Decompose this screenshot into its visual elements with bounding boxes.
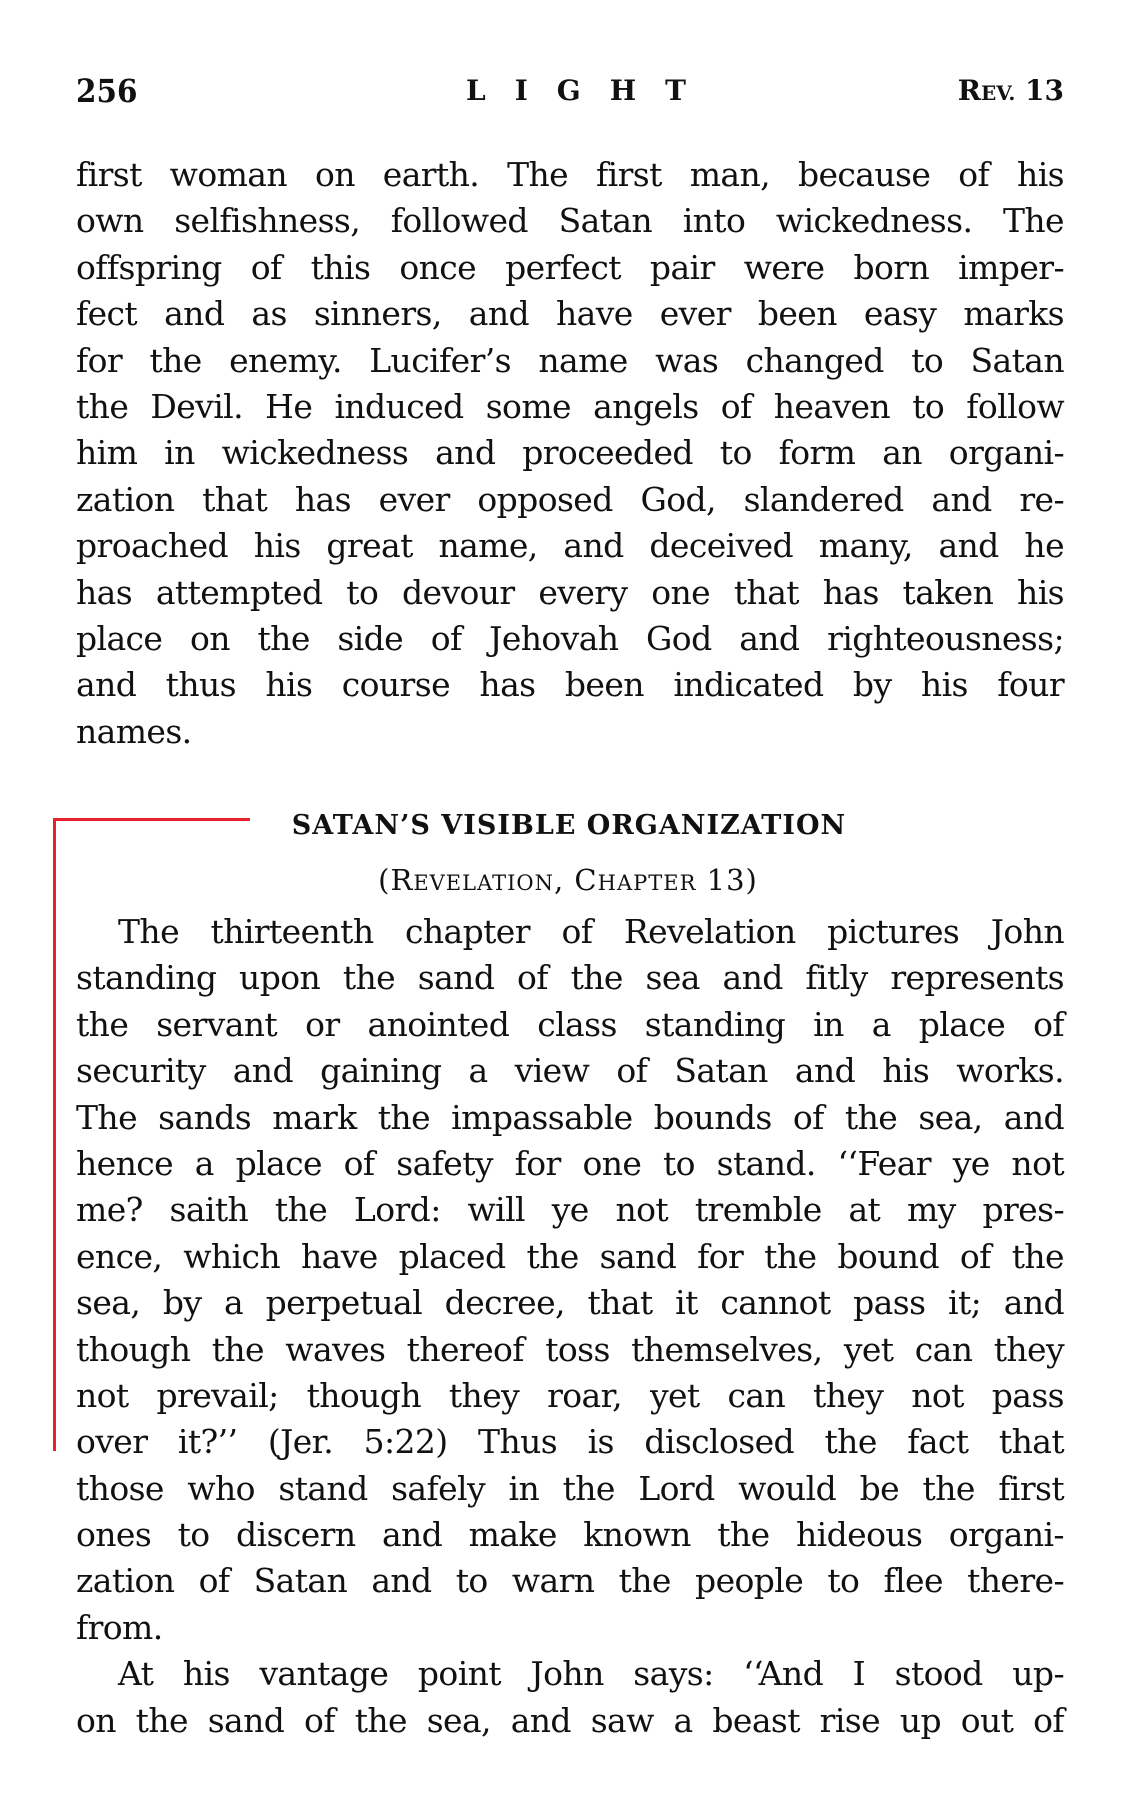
reference-smallcaps: EV.	[981, 81, 1015, 105]
text-line: on the sand of the sea, and saw a beast …	[76, 1698, 1064, 1744]
text-line: ence, which have placed the sand for the…	[76, 1234, 1064, 1280]
page-number: 256	[76, 71, 137, 111]
book-page: 256 LIGHT REV. 13 first woman on earth. …	[0, 0, 1142, 1812]
text-line: offspring of this once perfect pair were…	[76, 245, 1064, 291]
reference-prefix: R	[958, 74, 981, 107]
subheading-part: HAPTER	[598, 871, 697, 895]
book-title: LIGHT	[466, 71, 688, 111]
red-annotation-bracket-horizontal	[53, 818, 250, 821]
text-line: has attempted to devour every one that h…	[76, 570, 1064, 616]
text-line: place on the side of Jehovah God and rig…	[76, 616, 1064, 662]
text-line: first woman on earth. The first man, bec…	[76, 152, 1064, 198]
chapter-reference: REV. 13	[958, 71, 1064, 113]
text-line: me? saith the Lord: will ye not tremble …	[76, 1187, 1064, 1233]
subheading-part: EVELATION	[413, 871, 554, 895]
paragraph-1: first woman on earth. The first man, bec…	[76, 152, 1064, 755]
text-line: The sands mark the impassable bounds of …	[76, 1095, 1064, 1141]
text-line: The thirteenth chapter of Revelation pic…	[76, 909, 1064, 955]
subheading-part: 13)	[696, 863, 757, 897]
text-line: sea, by a perpetual decree, that it cann…	[76, 1280, 1064, 1326]
text-line: him in wickedness and proceeded to form …	[76, 430, 1064, 476]
reference-number: 13	[1025, 74, 1064, 107]
text-line: At his vantage point John says: ‘‘And I …	[76, 1651, 1064, 1697]
text-line: ones to discern and make known the hideo…	[76, 1512, 1064, 1558]
subheading-part: , C	[554, 863, 598, 897]
section-subheading: (REVELATION, CHAPTER 13)	[350, 860, 786, 903]
text-line: security and gaining a view of Satan and…	[76, 1048, 1064, 1094]
section-heading: SATAN’S VISIBLE ORGANIZATION	[278, 806, 860, 846]
text-line: standing upon the sand of the sea and fi…	[76, 955, 1064, 1001]
text-line: though the waves thereof toss themselves…	[76, 1327, 1064, 1373]
subheading-part: (R	[378, 863, 413, 897]
text-line: from.	[76, 1605, 1064, 1651]
text-line: hence a place of safety for one to stand…	[76, 1141, 1064, 1187]
text-line: the servant or anointed class standing i…	[76, 1002, 1064, 1048]
text-line: the Devil. He induced some angels of hea…	[76, 384, 1064, 430]
text-line: those who stand safely in the Lord would…	[76, 1466, 1064, 1512]
text-line: fect and as sinners, and have ever been …	[76, 291, 1064, 337]
text-line: proached his great name, and deceived ma…	[76, 523, 1064, 569]
text-line: over it?’’ (Jer. 5:22) Thus is disclosed…	[76, 1419, 1064, 1465]
paragraph-2: The thirteenth chapter of Revelation pic…	[76, 909, 1064, 1744]
text-line: own selfishness, followed Satan into wic…	[76, 198, 1064, 244]
text-line: zation of Satan and to warn the people t…	[76, 1558, 1064, 1604]
red-annotation-bracket-vertical	[53, 818, 56, 1451]
text-line: for the enemy. Lucifer’s name was change…	[76, 338, 1064, 384]
text-line: and thus his course has been indicated b…	[76, 662, 1064, 708]
text-line: not prevail; though they roar, yet can t…	[76, 1373, 1064, 1419]
text-line: zation that has ever opposed God, slande…	[76, 477, 1064, 523]
text-line: names.	[76, 709, 1064, 755]
running-head: 256 LIGHT REV. 13	[76, 71, 1064, 111]
